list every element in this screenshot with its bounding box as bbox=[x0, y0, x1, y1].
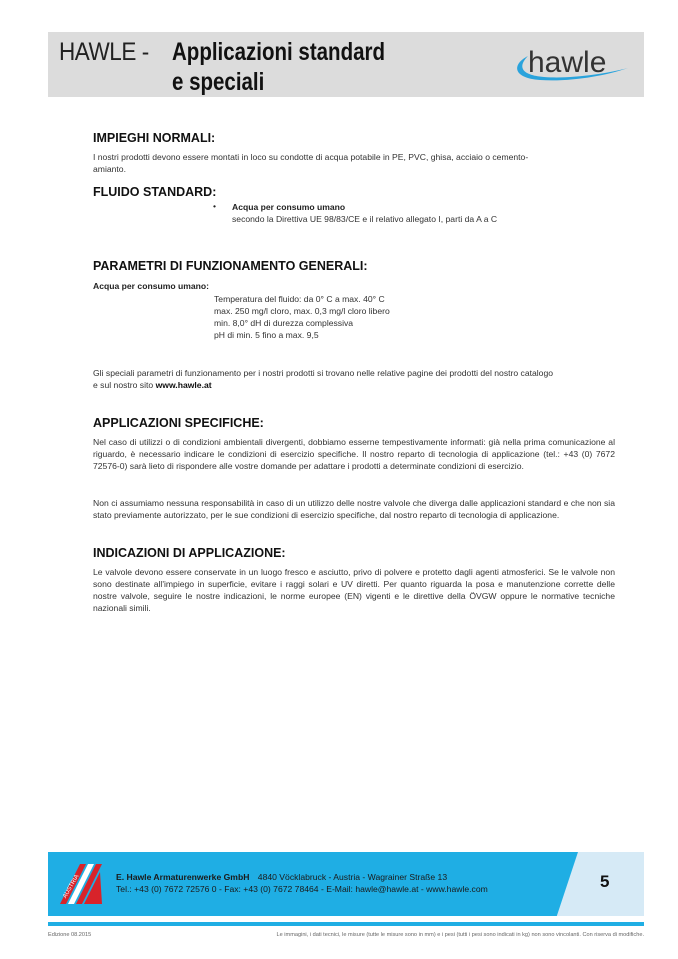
footer-divider bbox=[48, 922, 644, 926]
header-title-line2: e speciali bbox=[172, 68, 264, 97]
page-header: HAWLE - Applicazioni standard e speciali… bbox=[48, 32, 644, 97]
footer-company-line: E. Hawle Armaturenwerke GmbH 4840 Vöckla… bbox=[116, 872, 447, 882]
bullet-icon: • bbox=[213, 201, 216, 211]
edition-label: Edizione 08.2015 bbox=[48, 932, 91, 938]
parametri-note-line2: e sul nostro sito www.hawle.at bbox=[93, 380, 212, 390]
section-heading-parametri: PARAMETRI DI FUNZIONAMENTO GENERALI: bbox=[93, 259, 368, 273]
header-brand: HAWLE - bbox=[59, 38, 149, 67]
header-title-line1: Applicazioni standard bbox=[172, 38, 385, 67]
section-heading-fluido: FLUIDO STANDARD: bbox=[93, 185, 216, 199]
svg-text:hawle: hawle bbox=[528, 46, 606, 79]
section-heading-impieghi: IMPIEGHI NORMALI: bbox=[93, 131, 215, 145]
page-number: 5 bbox=[600, 872, 609, 892]
parametri-line: pH di min. 5 fino a max. 9,5 bbox=[214, 330, 319, 340]
fluido-item-text: secondo la Direttiva UE 98/83/CE e il re… bbox=[232, 214, 497, 224]
footer-contacts: Tel.: +43 (0) 7672 72576 0 - Fax: +43 (0… bbox=[116, 884, 488, 894]
indicazioni-paragraph: Le valvole devono essere conservate in u… bbox=[93, 566, 615, 614]
applicazioni-paragraph-2: Non ci assumiamo nessuna responsabilità … bbox=[93, 497, 615, 521]
parametri-sub-label: Acqua per consumo umano: bbox=[93, 281, 209, 291]
impieghi-text-line2: amianto. bbox=[93, 164, 126, 174]
parametri-line: max. 250 mg/l cloro, max. 0,3 mg/l cloro… bbox=[214, 306, 390, 316]
section-heading-indicazioni: INDICAZIONI DI APPLICAZIONE: bbox=[93, 546, 286, 560]
hawle-logo-icon: hawle bbox=[510, 38, 630, 88]
note-prefix: e sul nostro sito bbox=[93, 380, 153, 390]
impieghi-text-line1: I nostri prodotti devono essere montati … bbox=[93, 152, 615, 162]
parametri-note-line1: Gli speciali parametri di funzionamento … bbox=[93, 368, 553, 378]
website-link[interactable]: www.hawle.at bbox=[156, 380, 212, 390]
footer-address: 4840 Vöcklabruck - Austria - Wagrainer S… bbox=[258, 872, 447, 882]
section-heading-applicazioni: APPLICAZIONI SPECIFICHE: bbox=[93, 416, 264, 430]
fluido-item-title: Acqua per consumo umano bbox=[232, 202, 345, 212]
footer-company: E. Hawle Armaturenwerke GmbH bbox=[116, 872, 249, 882]
austria-flag-logo-icon: AUSTRIA bbox=[56, 860, 108, 908]
page-footer: AUSTRIA E. Hawle Armaturenwerke GmbH 484… bbox=[48, 852, 644, 916]
applicazioni-paragraph-1: Nel caso di utilizzi o di condizioni amb… bbox=[93, 436, 615, 472]
disclaimer: Le immagini, i dati tecnici, le misure (… bbox=[277, 932, 644, 938]
parametri-line: Temperatura del fluido: da 0° C a max. 4… bbox=[214, 294, 385, 304]
parametri-line: min. 8,0° dH di durezza complessiva bbox=[214, 318, 353, 328]
